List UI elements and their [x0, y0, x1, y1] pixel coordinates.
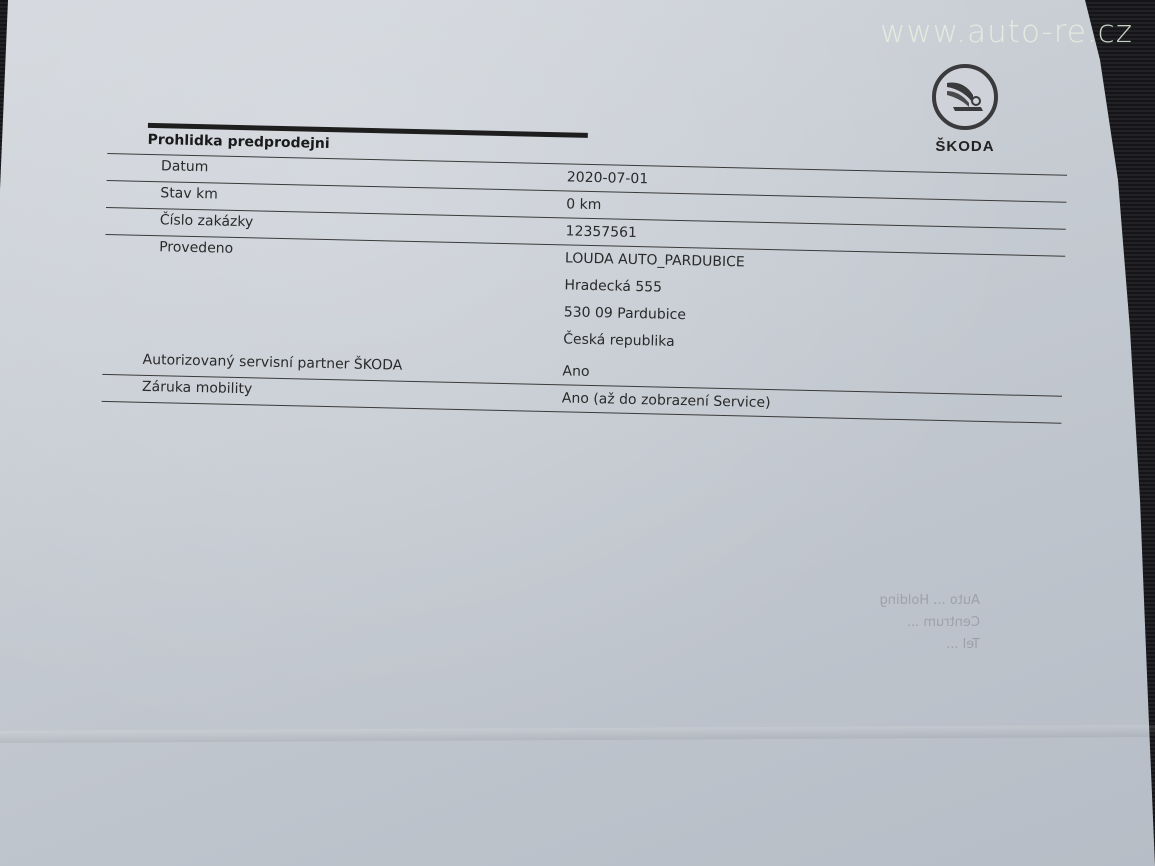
row-value-address: LOUDA AUTO_PARDUBICE Hradecká 555 530 09…	[543, 245, 745, 363]
watermark: www.auto-re.cz	[880, 14, 1133, 50]
inspection-document: Prohlidka predprodejni Datum 2020-07-01 …	[102, 122, 1068, 424]
stamp-line: Tel ...	[790, 634, 980, 656]
table-row-performed-by: Provedeno LOUDA AUTO_PARDUBICE Hradecká …	[103, 234, 1065, 370]
row-value: 0 km	[546, 191, 602, 218]
dealer-country: Česká republika	[563, 331, 743, 362]
row-value: 12357561	[545, 218, 637, 246]
dealer-city: 530 09 Pardubice	[563, 304, 743, 335]
row-value: 2020-07-01	[547, 164, 649, 192]
stamp-line: Centrum ...	[790, 612, 980, 634]
row-label: Provedeno	[103, 235, 545, 358]
row-value: Ano (až do zobrazení Service)	[542, 385, 771, 416]
bleed-through-stamp: Auto ... Holding Centrum ... Tel ...	[790, 590, 980, 700]
stamp-line: Auto ... Holding	[790, 590, 980, 612]
dealer-street: Hradecká 555	[564, 277, 744, 308]
inspection-table: Datum 2020-07-01 Stav km 0 km Číslo zaká…	[102, 153, 1067, 424]
dealer-name: LOUDA AUTO_PARDUBICE	[565, 250, 745, 281]
skoda-logo-icon	[932, 64, 998, 130]
row-value: Ano	[542, 358, 590, 385]
